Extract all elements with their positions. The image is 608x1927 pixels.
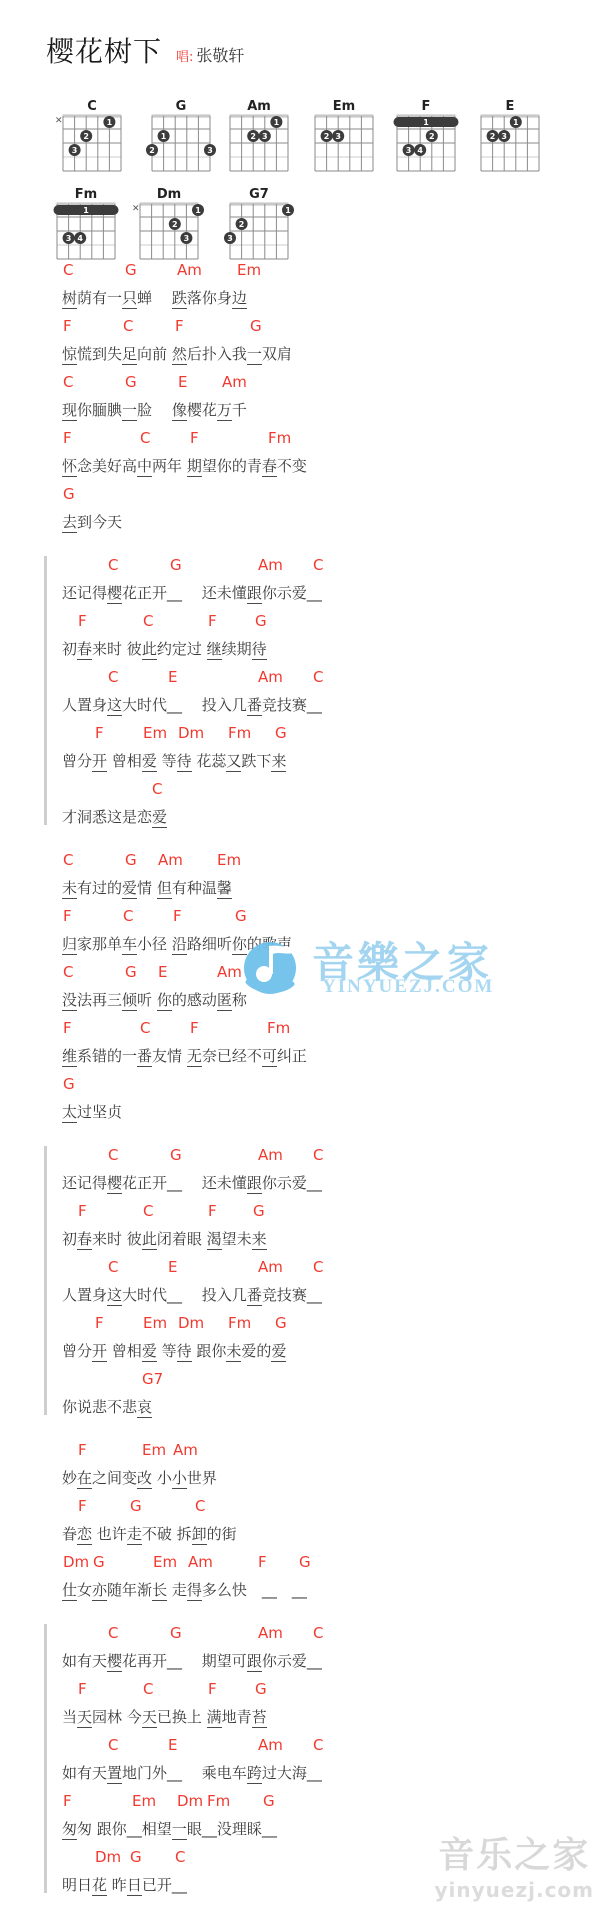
underlined-syllable: 番 <box>247 1286 262 1306</box>
chord-label: Em <box>142 1436 166 1464</box>
chord-line: FEmAm <box>0 1436 608 1464</box>
underlined-syllable: 爱 <box>271 1342 286 1362</box>
underlined-syllable: 亦 <box>92 1581 107 1601</box>
svg-text:3: 3 <box>66 234 72 243</box>
lyric-line: 人置身这大时代__ 投入几番竞技赛__ <box>0 1281 608 1309</box>
lyric-line: 才洞悉这是恋爱 <box>0 803 608 831</box>
underlined-syllable: 跟 <box>247 1652 262 1672</box>
underlined-syllable: 现 <box>62 401 77 421</box>
svg-text:2: 2 <box>83 132 89 141</box>
chord-diagram-label: G <box>140 100 222 113</box>
underlined-syllable: 匿 <box>217 991 232 1011</box>
chord-diagram-area: C✕123G123Am123Em23F1234E123Fm134Dm✕123G7… <box>0 100 608 256</box>
chord-grid: 123 <box>140 113 222 175</box>
chord-label: G <box>275 1309 287 1337</box>
chord-label: Dm <box>178 719 204 747</box>
underlined-syllable: 来 <box>271 752 286 772</box>
underlined-syllable: 来 <box>252 1230 267 1250</box>
chord-label: Em <box>132 1787 156 1815</box>
chord-label: G <box>63 480 75 508</box>
svg-text:3: 3 <box>207 146 213 155</box>
chord-label: Am <box>158 846 183 874</box>
muted-string-marker: ✕ <box>55 116 63 126</box>
chord-label: F <box>258 1548 267 1576</box>
svg-text:1: 1 <box>274 118 280 127</box>
underlined-syllable: 一 <box>247 345 262 365</box>
underlined-syllable: 爱 <box>152 808 167 828</box>
chord-diagram-label: Am <box>218 100 300 113</box>
underlined-syllable: 一 <box>172 1820 187 1840</box>
underlined-syllable: 满 <box>207 1708 222 1728</box>
chord-diagram-label: G7 <box>218 188 300 201</box>
site-logo: 音乐之家 yinyuezj.com <box>435 1838 595 1900</box>
lyric-line: 人置身这大时代__ 投入几番竞技赛__ <box>0 691 608 719</box>
underlined-syllable: 此 <box>142 1230 157 1250</box>
chord-sheet-page: 樱花树下唱:张敬轩 C✕123G123Am123Em23F1234E123Fm1… <box>0 0 608 1927</box>
underlined-syllable: 待 <box>177 1342 192 1362</box>
chord-label: Fm <box>267 1014 290 1042</box>
chord-label: F <box>190 1014 199 1042</box>
underlined-syllable: 卸 <box>192 1525 207 1545</box>
lyric-line: 现你腼腆一脸 像樱花万千 <box>0 396 608 424</box>
chord-label: Am <box>258 1731 283 1759</box>
chord-label: C <box>313 663 323 691</box>
underlined-syllable: 未 <box>62 879 77 899</box>
svg-text:1: 1 <box>107 118 113 127</box>
chord-label: Am <box>177 256 202 284</box>
chord-diagram-am: Am123 <box>218 100 300 179</box>
chord-label: F <box>78 1675 87 1703</box>
chord-label: G <box>170 551 182 579</box>
chord-label: C <box>313 1731 323 1759</box>
chord-label: Am <box>258 1253 283 1281</box>
chord-diagram-label: Dm <box>128 188 210 201</box>
chord-grid: 123 <box>218 201 300 263</box>
underlined-syllable: 跨 <box>247 1764 262 1784</box>
chord-label: F <box>208 1197 217 1225</box>
underlined-syllable: 这 <box>107 696 122 716</box>
underlined-syllable: 边 <box>232 289 247 309</box>
chord-label: C <box>175 1843 185 1871</box>
underlined-syllable: 天 <box>77 1708 92 1728</box>
underlined-syllable: 春 <box>77 640 92 660</box>
lyrics-area: CGAmEm树荫有一只蝉 跌落你身边FCFG惊慌到失足向前 然后扑入我一双肩CG… <box>0 256 608 1914</box>
lyric-line: 太过坚贞 <box>0 1098 608 1126</box>
site-logo-text: 音乐之家 <box>435 1838 595 1874</box>
underlined-syllable: 渴 <box>207 1230 222 1250</box>
chord-grid: 23 <box>303 113 385 175</box>
chord-label: F <box>95 719 104 747</box>
underlined-syllable: 得 <box>187 1581 202 1601</box>
chord-diagram-em: Em23 <box>303 100 385 179</box>
underlined-syllable: 太 <box>62 1103 77 1123</box>
chord-label: G <box>250 312 262 340</box>
chord-label: C <box>140 1014 150 1042</box>
lyric-line: 还记得樱花正开__ 还未懂跟你示爱__ <box>0 579 608 607</box>
chord-label: Fm <box>207 1787 230 1815</box>
lyric-line: 曾分开 曾相爱 等待 花蕊又跌下来 <box>0 747 608 775</box>
chord-line: CGEAm <box>0 368 608 396</box>
chord-label: C <box>123 902 133 930</box>
underlined-syllable: 无 <box>187 1047 202 1067</box>
underlined-syllable: 仕 <box>62 1581 77 1601</box>
watermark-logo-icon <box>240 936 304 998</box>
underlined-syllable: 沿 <box>172 935 187 955</box>
chord-diagram-c: C✕123 <box>51 100 133 179</box>
chord-line: G7 <box>0 1365 608 1393</box>
chord-label: Am <box>258 1619 283 1647</box>
svg-text:3: 3 <box>335 132 341 141</box>
underlined-syllable: 怀 <box>62 457 77 477</box>
lyric-line: 你说悲不悲哀 <box>0 1393 608 1421</box>
lyric-line: 仕女亦随年渐长 走得多么快 __ __ <box>0 1576 608 1604</box>
chord-line: FGC <box>0 1492 608 1520</box>
chord-line: FEmDmFmG <box>0 1309 608 1337</box>
chord-label: C <box>108 551 118 579</box>
underlined-syllable: 未 <box>226 1342 241 1362</box>
chord-line: CGAmC <box>0 1619 608 1647</box>
lyric-line: 惊慌到失足向前 然后扑入我一双肩 <box>0 340 608 368</box>
chord-label: F <box>78 1436 87 1464</box>
chord-label: C <box>63 256 73 284</box>
underlined-syllable: 只 <box>122 289 137 309</box>
chord-grid: ✕123 <box>51 113 133 175</box>
lyric-line: 眷恋 也许走不破 拆卸的街 <box>0 1520 608 1548</box>
chord-label: G <box>253 1197 265 1225</box>
svg-text:1: 1 <box>513 118 519 127</box>
sing-label: 唱: <box>176 50 193 65</box>
chord-label: G <box>255 607 267 635</box>
svg-text:2: 2 <box>324 132 330 141</box>
chord-label: F <box>63 1014 72 1042</box>
chord-line: G <box>0 480 608 508</box>
underlined-syllable: 改 <box>137 1469 152 1489</box>
underlined-syllable: 爱 <box>122 879 137 899</box>
svg-text:2: 2 <box>250 132 256 141</box>
lyric-line: 如有天置地门外__ 乘电车跨过大海__ <box>0 1759 608 1787</box>
svg-text:3: 3 <box>227 234 233 243</box>
chord-line: FEmDmFmG <box>0 719 608 747</box>
chord-label: C <box>143 1197 153 1225</box>
underlined-syllable: 然 <box>172 345 187 365</box>
lyric-line: 未有过的爱情 但有种温馨 <box>0 874 608 902</box>
underlined-syllable: 树 <box>62 289 77 309</box>
svg-text:1: 1 <box>195 206 201 215</box>
chord-diagram-label: E <box>469 100 551 113</box>
svg-text:3: 3 <box>501 132 507 141</box>
chord-line: CEAmC <box>0 663 608 691</box>
chord-label: F <box>63 312 72 340</box>
chord-label: C <box>123 312 133 340</box>
underlined-syllable: 日 <box>127 1876 142 1896</box>
singer-name: 张敬轩 <box>196 46 244 65</box>
chord-label: E <box>168 663 177 691</box>
chord-label: Dm <box>177 1787 203 1815</box>
underlined-syllable: 春 <box>262 457 277 477</box>
chord-label: F <box>208 607 217 635</box>
chord-label: C <box>152 775 162 803</box>
chord-label: C <box>313 1619 323 1647</box>
chord-grid: 123 <box>469 113 551 175</box>
chord-line: CEAmC <box>0 1731 608 1759</box>
underlined-syllable: 开 <box>92 1342 107 1362</box>
chord-diagram-e: E123 <box>469 100 551 179</box>
underlined-syllable: 走 <box>127 1525 142 1545</box>
chord-label: C <box>313 551 323 579</box>
underlined-syllable: 哀 <box>137 1398 152 1418</box>
muted-string-marker: ✕ <box>132 204 140 214</box>
underlined-syllable: 去 <box>62 513 77 533</box>
chord-label: F <box>208 1675 217 1703</box>
underlined-syllable: 你 <box>157 991 172 1011</box>
chord-label: Am <box>258 551 283 579</box>
chord-label: F <box>173 902 182 930</box>
chord-label: F <box>63 902 72 930</box>
chord-label: G <box>255 1675 267 1703</box>
svg-text:4: 4 <box>417 146 423 155</box>
underlined-syllable: 春 <box>77 1230 92 1250</box>
underlined-syllable: 番 <box>247 696 262 716</box>
chord-label: G <box>263 1787 275 1815</box>
chord-line: FCFG <box>0 607 608 635</box>
underlined-syllable: 恋 <box>77 1525 92 1545</box>
svg-text:2: 2 <box>172 220 178 229</box>
underlined-syllable: 这 <box>107 1286 122 1306</box>
underlined-syllable: 在 <box>77 1469 92 1489</box>
underlined-syllable: 樱 <box>107 1174 122 1194</box>
underlined-syllable: 期 <box>187 457 202 477</box>
chord-grid: 123 <box>218 113 300 175</box>
underlined-syllable: 可 <box>262 1047 277 1067</box>
chord-line: CEAmC <box>0 1253 608 1281</box>
underlined-syllable: 小 <box>172 1469 187 1489</box>
lyric-line: 如有天樱花再开__ 期望可跟你示爱__ <box>0 1647 608 1675</box>
lyric-line: 当天园林 今天已换上 满地青苔 <box>0 1703 608 1731</box>
chord-line: C <box>0 775 608 803</box>
underlined-syllable: 天 <box>142 1708 157 1728</box>
underlined-syllable: 但 <box>157 879 172 899</box>
chord-label: Em <box>143 1309 167 1337</box>
chord-label: C <box>108 1619 118 1647</box>
chord-label: F <box>63 424 72 452</box>
chord-diagram-label: Fm <box>45 188 127 201</box>
svg-text:3: 3 <box>262 132 268 141</box>
chord-label: G <box>130 1492 142 1520</box>
underlined-syllable: 继 <box>207 640 222 660</box>
chord-label: G <box>170 1619 182 1647</box>
chord-label: F <box>175 312 184 340</box>
chord-line: CGAmC <box>0 551 608 579</box>
svg-text:1: 1 <box>83 206 89 215</box>
underlined-syllable: 跟 <box>247 1174 262 1194</box>
chord-label: E <box>178 368 187 396</box>
chord-grid: 134 <box>45 201 127 263</box>
underlined-syllable: 中 <box>137 457 152 477</box>
chord-diagram-f: F1234 <box>385 100 467 179</box>
chord-label: Dm <box>178 1309 204 1337</box>
chord-label: C <box>108 1731 118 1759</box>
chord-label: G <box>93 1548 105 1576</box>
underlined-syllable: 长 <box>152 1581 167 1601</box>
site-logo-domain: yinyuezj.com <box>435 1880 595 1900</box>
chord-line: FCFG <box>0 1675 608 1703</box>
chord-label: Am <box>188 1548 213 1576</box>
chord-line: CGAmC <box>0 1141 608 1169</box>
chord-label: C <box>108 1141 118 1169</box>
chord-label: C <box>195 1492 205 1520</box>
chord-label: Em <box>153 1548 177 1576</box>
chord-label: F <box>190 424 199 452</box>
underlined-syllable: 一 <box>122 401 137 421</box>
chord-line: CGAmEm <box>0 846 608 874</box>
chord-label: Dm <box>95 1843 121 1871</box>
underlined-syllable: 樱 <box>107 1652 122 1672</box>
lyric-line: 初春来时 彼此闭着眼 渴望未来 <box>0 1225 608 1253</box>
lyric-line: 维系错的一番友情 无奈已经不可纠正 <box>0 1042 608 1070</box>
svg-text:3: 3 <box>72 146 78 155</box>
chord-line: DmGEmAmFG <box>0 1548 608 1576</box>
chord-label: Am <box>217 958 242 986</box>
chord-line: CGAmEm <box>0 256 608 284</box>
chord-diagram-label: F <box>385 100 467 113</box>
lyric-line: 还记得樱花正开__ 还未懂跟你示爱__ <box>0 1169 608 1197</box>
chord-diagram-g: G123 <box>140 100 222 179</box>
svg-text:1: 1 <box>285 206 291 215</box>
chord-label: E <box>168 1253 177 1281</box>
chord-line: FCFFm <box>0 424 608 452</box>
underlined-syllable: 樱 <box>107 584 122 604</box>
underlined-syllable: 像 <box>172 401 187 421</box>
page-header: 樱花树下唱:张敬轩 <box>46 30 244 70</box>
chord-label: Am <box>258 663 283 691</box>
underlined-syllable: 又 <box>226 752 241 772</box>
chord-grid: 1234 <box>385 113 467 175</box>
underlined-syllable: 待 <box>177 752 192 772</box>
watermark: 音樂之家 YINYUEZJ.COM <box>240 924 540 998</box>
svg-text:1: 1 <box>161 132 167 141</box>
chord-label: C <box>313 1253 323 1281</box>
underlined-syllable: 没 <box>62 991 77 1011</box>
chord-label: G <box>125 958 137 986</box>
chord-label: F <box>78 1197 87 1225</box>
chord-label: G7 <box>142 1365 163 1393</box>
svg-text:1: 1 <box>423 118 429 127</box>
chord-label: C <box>108 663 118 691</box>
chord-diagram-label: C <box>51 100 133 113</box>
chord-label: Em <box>237 256 261 284</box>
chord-label: C <box>63 368 73 396</box>
underlined-syllable: 归 <box>62 935 77 955</box>
underlined-syllable: 爱 <box>142 752 157 772</box>
chord-label: Fm <box>228 1309 251 1337</box>
chorus-section: CGAmC还记得樱花正开__ 还未懂跟你示爱__FCFG初春来时 彼此约定过 继… <box>0 551 608 831</box>
lyric-line: 初春来时 彼此约定过 继续期待 <box>0 635 608 663</box>
chord-label: Am <box>258 1141 283 1169</box>
chord-label: F <box>78 607 87 635</box>
underlined-syllable: 馨 <box>217 879 232 899</box>
chord-label: F <box>63 1787 72 1815</box>
lyric-line: 妙在之间变改 小小世界 <box>0 1464 608 1492</box>
chord-label: Em <box>217 846 241 874</box>
underlined-syllable: 倾 <box>122 991 137 1011</box>
chord-label: C <box>108 1253 118 1281</box>
lyric-line: 怀念美好高中两年 期望你的青春不变 <box>0 452 608 480</box>
bridge-section: FEmAm妙在之间变改 小小世界FGC眷恋 也许走不破 拆卸的街DmGEmAmF… <box>0 1436 608 1604</box>
chord-label: G <box>275 719 287 747</box>
chord-label: G <box>299 1548 311 1576</box>
chord-line: G <box>0 1070 608 1098</box>
chord-line: FEmDmFmG <box>0 1787 608 1815</box>
singer-credit: 唱:张敬轩 <box>176 43 244 66</box>
verse-section: CGAmEm树荫有一只蝉 跌落你身边FCFG惊慌到失足向前 然后扑入我一双肩CG… <box>0 256 608 536</box>
chord-label: Fm <box>228 719 251 747</box>
svg-text:4: 4 <box>77 234 83 243</box>
chord-grid: ✕123 <box>128 201 210 263</box>
chord-label: Am <box>222 368 247 396</box>
svg-text:3: 3 <box>184 234 190 243</box>
underlined-syllable: 爱 <box>142 1342 157 1362</box>
chord-label: C <box>63 846 73 874</box>
underlined-syllable: 足 <box>122 345 137 365</box>
underlined-syllable: 花 <box>92 1876 107 1896</box>
watermark-domain: YINYUEZJ.COM <box>322 976 494 998</box>
underlined-syllable: 此 <box>142 640 157 660</box>
svg-text:3: 3 <box>406 146 412 155</box>
chord-label: F <box>95 1309 104 1337</box>
chorus-section: CGAmC还记得樱花正开__ 还未懂跟你示爱__FCFG初春来时 彼此闭着眼 渴… <box>0 1141 608 1421</box>
chord-label: G <box>125 846 137 874</box>
underlined-syllable: 苔 <box>252 1708 267 1728</box>
chord-label: G <box>63 1070 75 1098</box>
underlined-syllable: 万 <box>217 401 232 421</box>
chord-label: Fm <box>268 424 291 452</box>
svg-text:2: 2 <box>429 132 435 141</box>
chord-label: G <box>130 1843 142 1871</box>
underlined-syllable: 惊 <box>62 345 77 365</box>
underlined-syllable: 跟 <box>247 584 262 604</box>
chord-label: E <box>158 958 167 986</box>
chord-label: G <box>170 1141 182 1169</box>
lyric-line: 去到今天 <box>0 508 608 536</box>
chord-line: FCFFm <box>0 1014 608 1042</box>
underlined-syllable: 置 <box>107 1764 122 1784</box>
chord-label: C <box>63 958 73 986</box>
underlined-syllable: 番 <box>137 1047 152 1067</box>
underlined-syllable: 车 <box>122 935 137 955</box>
underlined-syllable: 开 <box>92 752 107 772</box>
chord-line: FCFG <box>0 312 608 340</box>
underlined-syllable: 匆 <box>62 1820 77 1840</box>
chord-diagram-label: Em <box>303 100 385 113</box>
chord-label: Am <box>173 1436 198 1464</box>
svg-text:2: 2 <box>490 132 496 141</box>
chord-label: G <box>125 256 137 284</box>
chord-label: C <box>140 424 150 452</box>
chord-line: FCFG <box>0 1197 608 1225</box>
chord-label: C <box>143 607 153 635</box>
svg-text:2: 2 <box>149 146 155 155</box>
chord-label: G <box>125 368 137 396</box>
chord-label: C <box>313 1141 323 1169</box>
chord-label: Dm <box>63 1548 89 1576</box>
svg-text:2: 2 <box>239 220 245 229</box>
song-title: 樱花树下 <box>46 30 162 70</box>
chord-label: Em <box>143 719 167 747</box>
chord-label: C <box>143 1675 153 1703</box>
chord-label: E <box>168 1731 177 1759</box>
chord-label: F <box>78 1492 87 1520</box>
underlined-syllable: 待 <box>252 640 267 660</box>
